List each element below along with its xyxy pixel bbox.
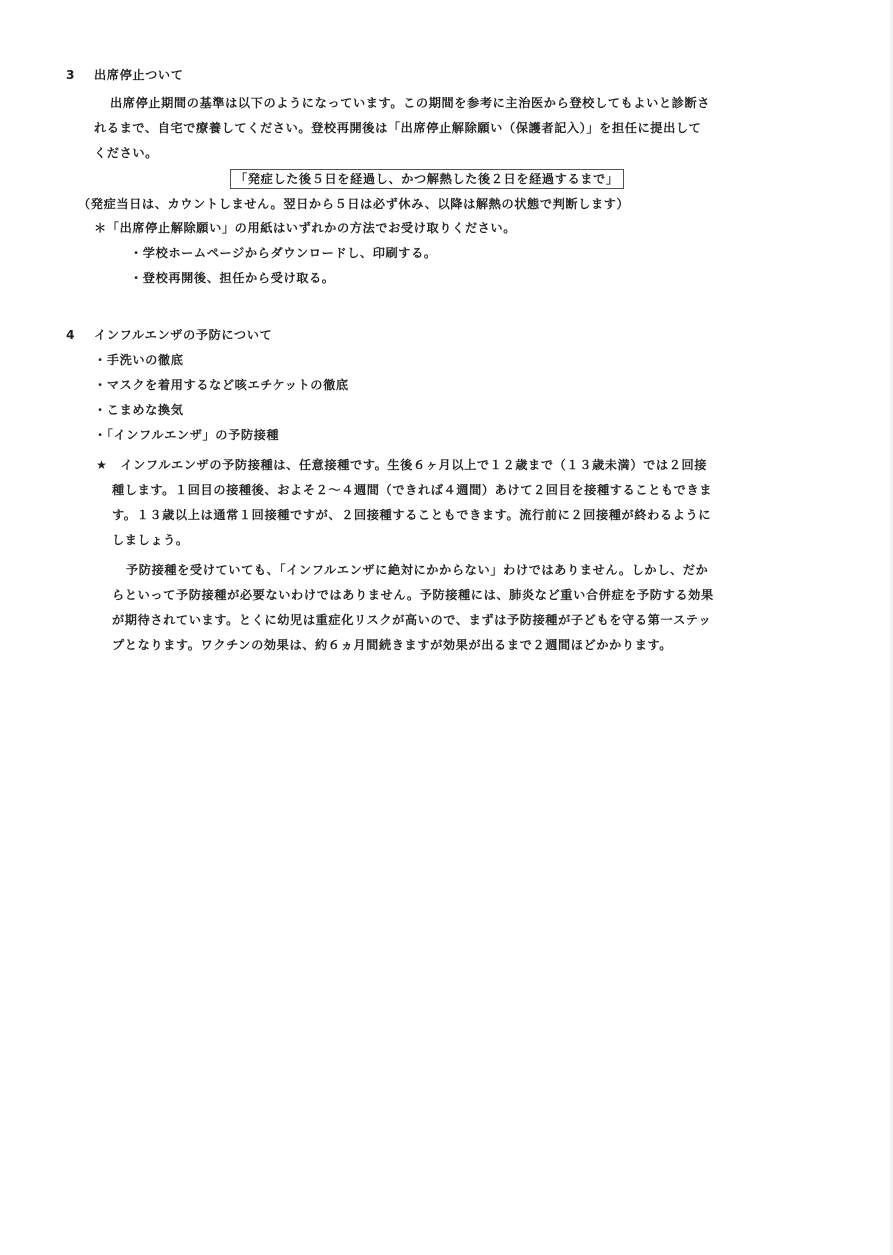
prevention-bullet-vaccination: ・「インフルエンザ」の予防接種 [94, 427, 279, 443]
section-3-paragraph-line-2: れるまで、自宅で療養してください。登校再開後は「出席停止解除願い（保護者記入）」… [94, 120, 701, 136]
effectiveness-paragraph-line-1: 予防接種を受けていても、「インフルエンザに絶対にかからない」わけではありません。… [126, 562, 708, 578]
section-3-paragraph-line-3: ください。 [94, 145, 158, 161]
boxed-rule: 「発症した後５日を経過し、かつ解熱した後２日を経過するまで」 [230, 169, 624, 189]
vaccination-paragraph-line-4: しましょう。 [112, 532, 189, 548]
effectiveness-paragraph-line-2: らといって予防接種が必要ないわけではありません。予防接種には、肺炎など重い合併症… [112, 587, 714, 603]
section-3-heading: 3出席停止ついて [66, 67, 184, 83]
prevention-bullet-handwashing: ・手洗いの徹底 [94, 352, 184, 368]
prevention-bullet-mask: ・マスクを着用するなど咳エチケットの徹底 [94, 377, 349, 393]
section-3-paragraph-line-1: 出席停止期間の基準は以下のようになっています。この期間を参考に主治医から登校して… [110, 95, 710, 111]
form-note: ＊「出席停止解除願い」の用紙はいずれかの方法でお受け取りください。 [94, 220, 516, 236]
section-4-number: 4 [66, 327, 94, 343]
effectiveness-paragraph-line-3: が期待されています。とくに幼児は重症化リスクが高いので、まずは予防接種が子どもを… [112, 612, 711, 628]
vaccination-paragraph-line-3: す。１３歳以上は通常１回接種ですが、２回接種することもできます。流行前に２回接種… [112, 507, 711, 523]
section-4-heading: 4インフルエンザの予防について [66, 327, 272, 343]
effectiveness-paragraph-line-4: プとなります。ワクチンの効果は、約６ヵ月間続きますが効果が出るまで２週間ほどかか… [112, 637, 672, 653]
section-3-note: （発症当日は、カウントしません。翌日から５日は必ず休み、以降は解熱の状態で判断し… [78, 196, 629, 212]
document-page: 3出席停止ついて 出席停止期間の基準は以下のようになっています。この期間を参考に… [0, 0, 890, 1255]
prevention-bullet-ventilation: ・こまめな換気 [94, 402, 184, 418]
form-method-teacher: ・登校再開後、担任から受け取る。 [130, 270, 335, 286]
section-3-title: 出席停止ついて [94, 68, 184, 82]
section-4-title: インフルエンザの予防について [94, 328, 272, 342]
form-method-download: ・学校ホームページからダウンロードし、印刷する。 [130, 245, 437, 261]
vaccination-paragraph-line-2: 種します。１回目の接種後、およそ２～４週間（できれば４週間）あけて２回目を接種す… [112, 482, 712, 498]
section-3-number: 3 [66, 67, 94, 83]
vaccination-paragraph-line-1: ★ インフルエンザの予防接種は、任意接種です。生後６ヶ月以上で１２歳まで（１３歳… [96, 457, 707, 473]
